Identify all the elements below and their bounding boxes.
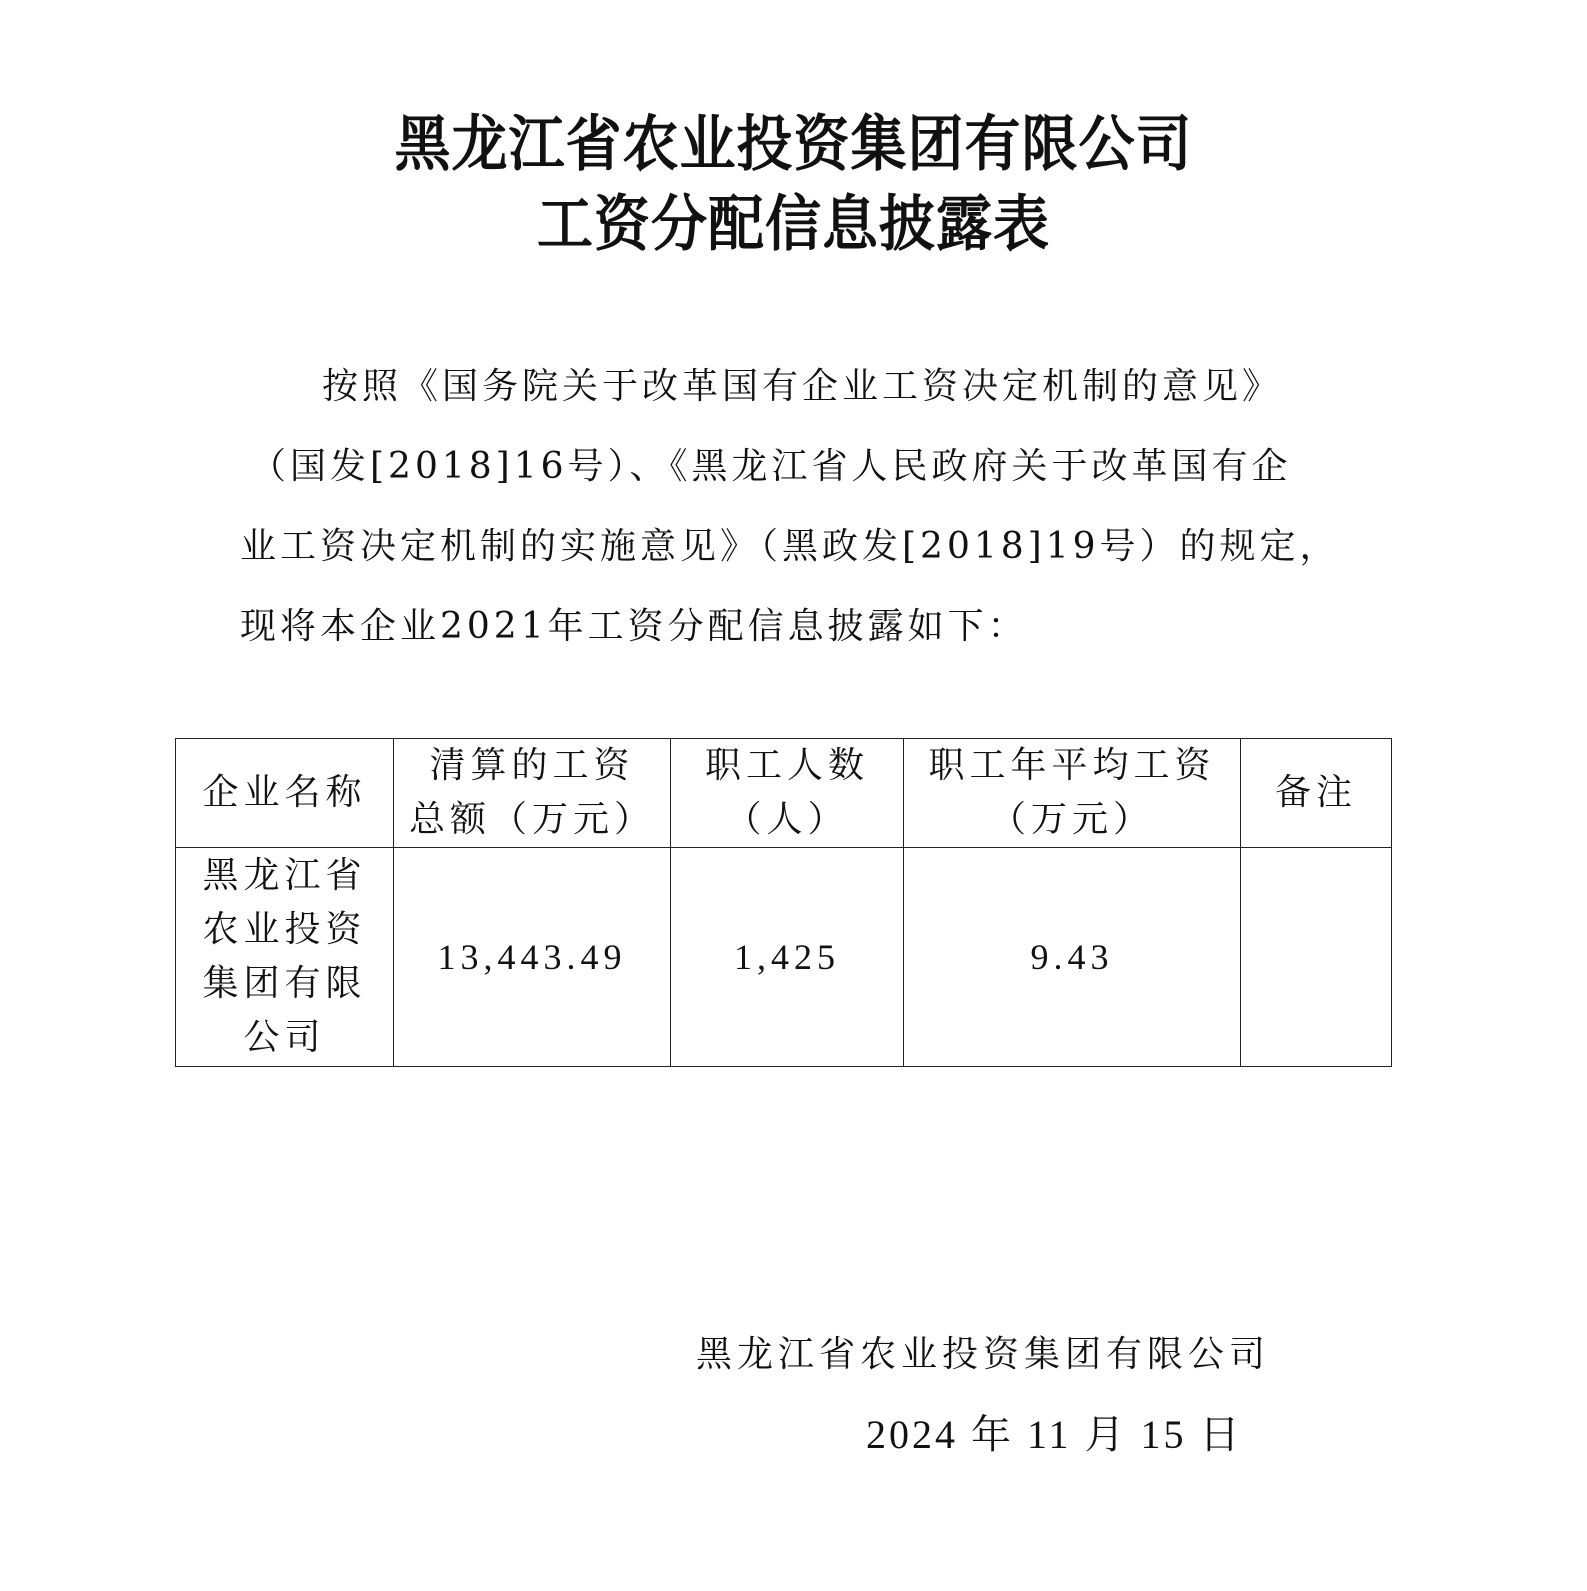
header-employee-count: 职工人数 （人） (671, 739, 904, 848)
paragraph-line-2: （国发[2018]16号）、《黑龙江省人民政府关于改革国有企 (250, 442, 1360, 492)
wage-disclosure-table: 企业名称 清算的工资 总额（万元） 职工人数 （人） 职工年平均工资 （万元） … (175, 738, 1392, 1067)
cell-employee-count: 1,425 (671, 848, 904, 1067)
company-name-line: 集团有限 (176, 957, 393, 1011)
table-header-row: 企业名称 清算的工资 总额（万元） 职工人数 （人） 职工年平均工资 （万元） … (176, 739, 1392, 848)
cell-company-name: 黑龙江省 农业投资 集团有限 公司 (176, 848, 394, 1067)
paragraph-line-1: 按照《国务院关于改革国有企业工资决定机制的意见》 (322, 362, 1432, 412)
paragraph-line-4: 现将本企业2021年工资分配信息披露如下： (240, 602, 1350, 652)
header-remark-label: 备注 (1241, 766, 1391, 820)
header-remark: 备注 (1241, 739, 1392, 848)
header-average-wage-line1: 职工年平均工资 (904, 739, 1240, 793)
header-employee-count-line1: 职工人数 (671, 739, 903, 793)
cell-remark (1241, 848, 1392, 1067)
header-company-name-label: 企业名称 (176, 766, 393, 820)
header-total-wage-line2: 总额（万元） (394, 793, 670, 847)
cell-total-wage: 13,443.49 (394, 848, 671, 1067)
header-total-wage: 清算的工资 总额（万元） (394, 739, 671, 848)
header-total-wage-line1: 清算的工资 (394, 739, 670, 793)
cell-average-wage: 9.43 (904, 848, 1241, 1067)
header-company-name: 企业名称 (176, 739, 394, 848)
company-name-line: 黑龙江省 (176, 849, 393, 903)
document-title-line1: 黑龙江省农业投资集团有限公司 (0, 101, 1587, 187)
header-average-wage: 职工年平均工资 （万元） (904, 739, 1241, 848)
company-name-line: 农业投资 (176, 903, 393, 957)
document-title-line2: 工资分配信息披露表 (0, 181, 1587, 267)
header-average-wage-line2: （万元） (904, 793, 1240, 847)
signature-company: 黑龙江省农业投资集团有限公司 (696, 1330, 1270, 1380)
company-name-line: 公司 (176, 1011, 393, 1065)
table-row: 黑龙江省 农业投资 集团有限 公司 13,443.49 1,425 9.43 (176, 848, 1392, 1067)
signature-date: 2024 年 11 月 15 日 (866, 1410, 1243, 1460)
header-employee-count-line2: （人） (671, 793, 903, 847)
paragraph-line-3: 业工资决定机制的实施意见》（黑政发[2018]19号）的规定， (240, 522, 1350, 572)
